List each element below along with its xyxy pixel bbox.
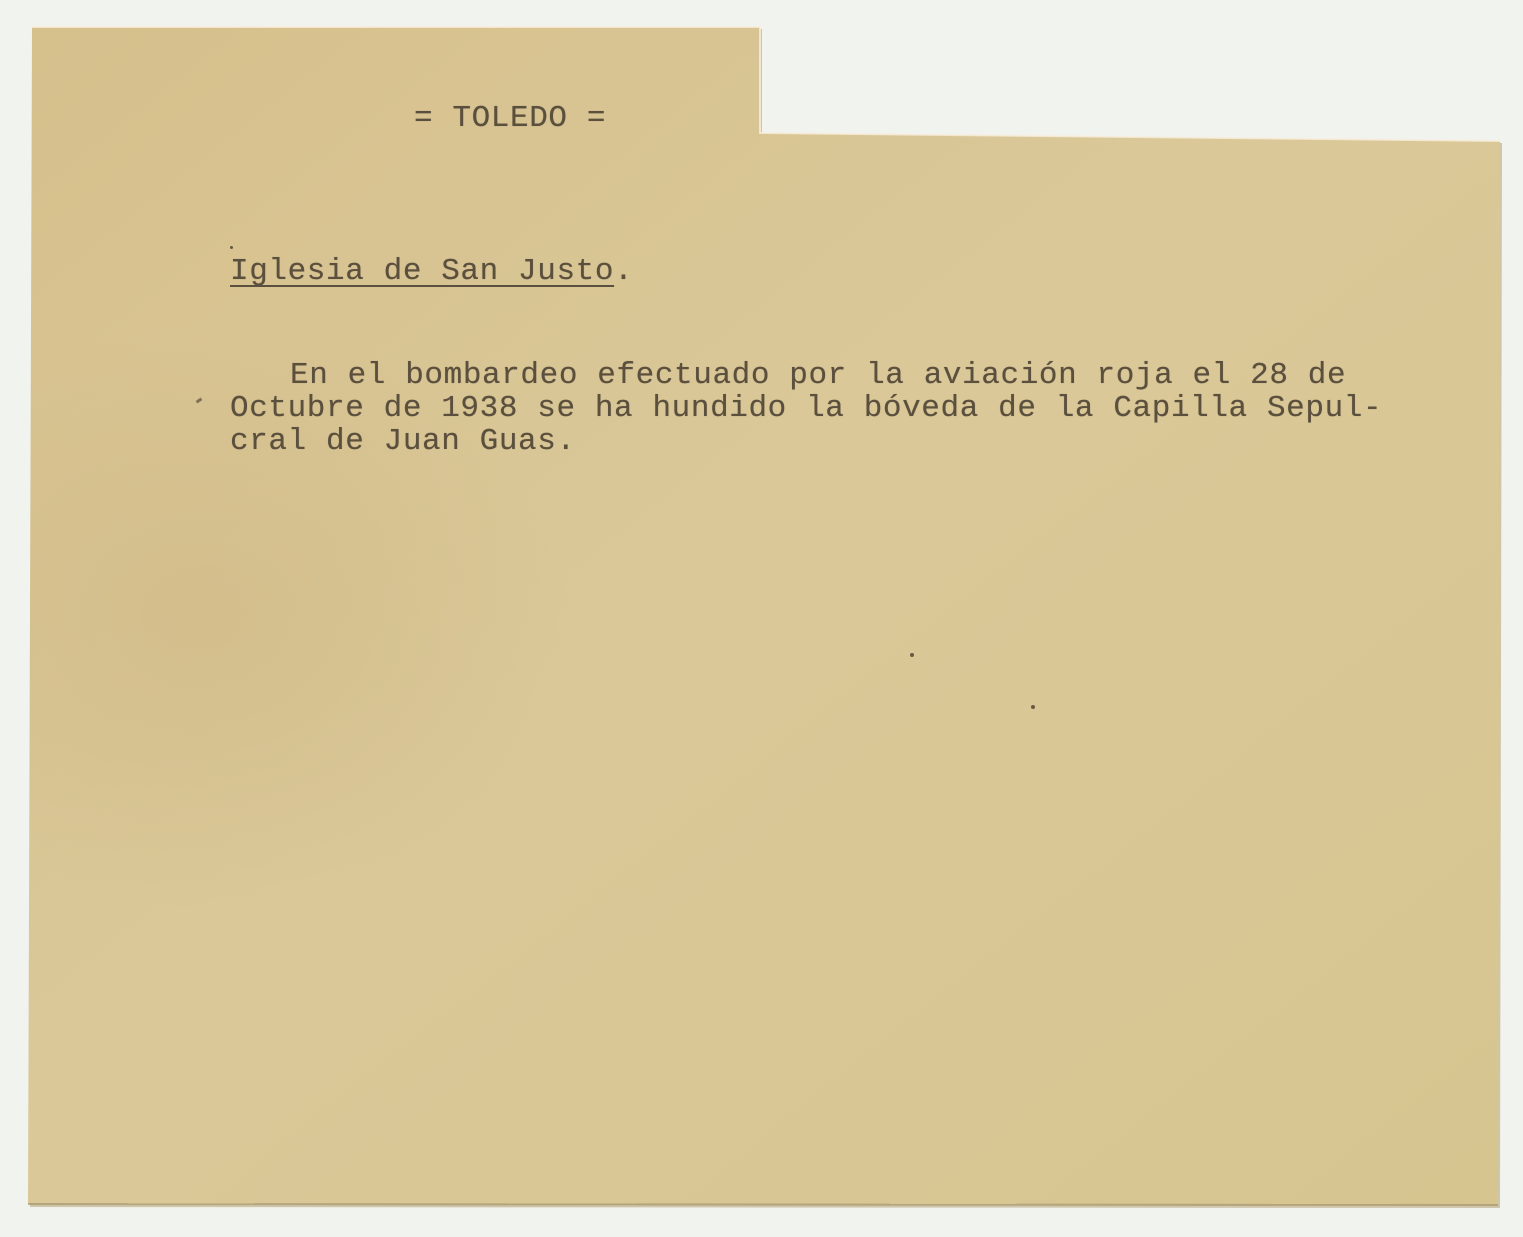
- heading-period: .: [614, 254, 633, 289]
- body-line-3: cral de Juan Guas.: [230, 424, 576, 459]
- paper-speck: [910, 653, 914, 657]
- paper-speck: [230, 246, 233, 249]
- body-line-2: Octubre de 1938 se ha hundido la bóveda …: [230, 391, 1382, 426]
- card-heading: Iglesia de San Justo.: [230, 254, 633, 289]
- index-card: [0, 0, 1523, 1237]
- body-line-1: En el bombardeo efectuado por la aviació…: [290, 358, 1346, 393]
- card-header-location: = TOLEDO =: [414, 101, 606, 136]
- paper-speck: [1031, 705, 1035, 709]
- heading-title: Iglesia de San Justo: [230, 254, 614, 289]
